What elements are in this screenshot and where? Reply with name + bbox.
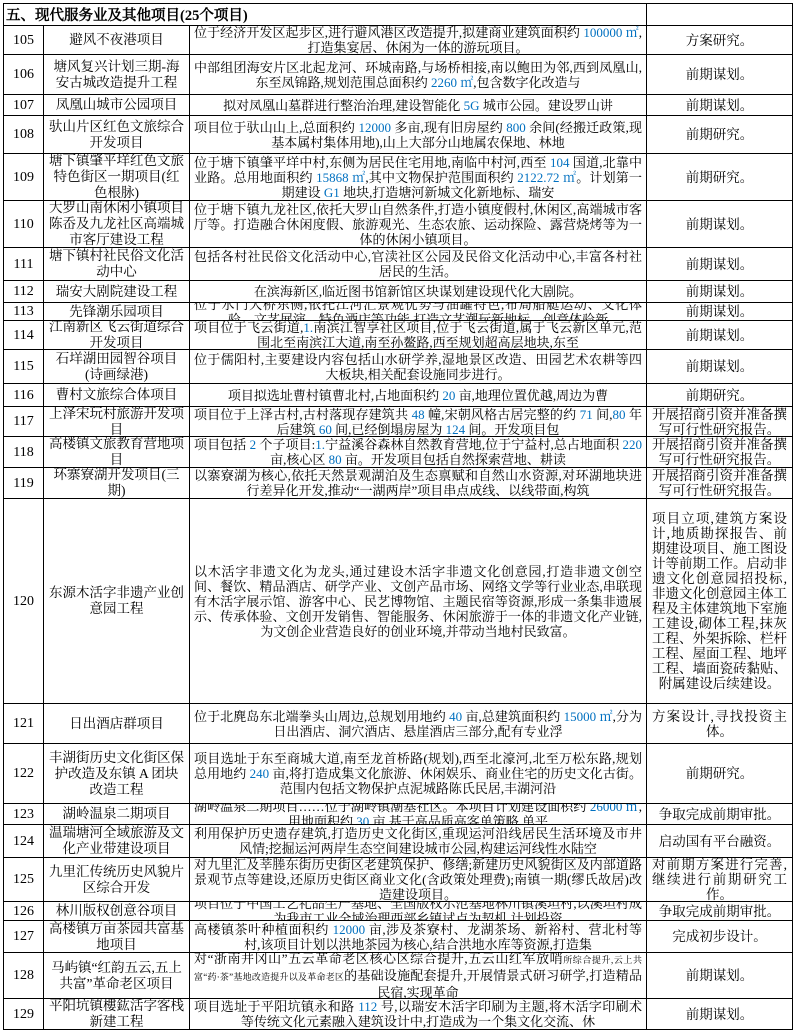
project-name: 江南新区飞云街道综合开发项目 <box>44 321 190 350</box>
project-description-text: 位于水门大桥东侧,依托江河汇景观优势与油罐特色,布局船艇运动、文化体验、文艺展演… <box>190 303 646 320</box>
project-description-clip: 以寨寮湖为核心,依托天然景观湖泊及生态禀赋和自然山水资源,对环湖地块进行差异化开… <box>190 468 646 498</box>
table-row: 123湖岭温泉二期项目湖岭温泉二期项目……位于湖岭镇潮基社区。本项目计划建设面积… <box>4 804 793 825</box>
project-status-clip: 前期研究。 <box>647 154 792 200</box>
project-name-clip: 避风不夜港项目 <box>44 26 189 54</box>
project-description-text: 项目包括 2 个子项目:1.宁益溪谷森林自然教育营地,位于宁益村,总占地面积 2… <box>190 437 646 467</box>
project-number: 118 <box>4 437 44 468</box>
project-status-clip: 方案设计,寻找投资主体。 <box>647 704 792 743</box>
project-description-smallprint: 所综合提升,云上共富“药·茶”基地改造提升以及革命老区 <box>194 955 642 982</box>
project-description-text: 对九里汇及莘塍东街历史街区老建筑保护、修缮;新建历史风貌街区及内部道路景观节点等… <box>190 858 646 901</box>
project-status-text: 开展招商引资并准备撰写可行性研究报告。 <box>647 407 792 436</box>
table-row: 112瑞安大剧院建设工程在滨海新区,临近图书馆新馆区块谋划建设现代化大剧院。前期… <box>4 281 793 303</box>
project-number-text: 121 <box>4 716 43 731</box>
project-description: 项目选址于东至商城大道,南至龙首桥路(规划),西至北濠河,北至万松东路,规划总用… <box>190 744 647 804</box>
table-body: 105避风不夜港项目位于经济开发区起步区,进行避风港区改造提升,拟建商业建筑面积… <box>4 26 793 1030</box>
project-status: 前期谋划。 <box>647 999 793 1030</box>
section-title: 五、现代服务业及其他项目(25个项目) <box>4 4 647 26</box>
project-name-text: 平阳坑镇樓鈜活字客栈新建工程 <box>44 999 189 1029</box>
project-name-clip: 高楼镇万亩茶园共富基地项目 <box>44 921 189 952</box>
project-description: 位于塘下镇肇平垟中村,东侧为居民住宅用地,南临中村河,西至 104 国道,北靠中… <box>190 154 647 201</box>
project-description: 包括各村社民俗文化活动中心,官渎社区公园及民俗文化活动中心,丰富各村社居民的生活… <box>190 248 647 281</box>
project-status: 前期谋划。 <box>647 95 793 116</box>
project-name-text: 丰湖街历史文化街区保护改造及东镇 A 团块改造工程 <box>44 750 189 798</box>
project-name-text: 环寨寮湖开发项目(三期) <box>44 468 189 498</box>
table-row: 125九里汇传统历史风貌片区综合开发对九里汇及莘塍东街历史街区老建筑保护、修缮;… <box>4 858 793 902</box>
table-row: 122丰湖街历史文化街区保护改造及东镇 A 团块改造工程项目选址于东至商城大道,… <box>4 744 793 804</box>
project-number: 108 <box>4 116 44 154</box>
project-name: 高楼镇文旅教育营地项目 <box>44 437 190 468</box>
project-number-text: 124 <box>4 834 43 849</box>
project-status-text: 前期谋划。 <box>647 359 792 374</box>
project-description-clip: 位于水门大桥东侧,依托江河汇景观优势与油罐特色,布局船艇运动、文化体验、文艺展演… <box>190 303 646 320</box>
project-description: 以木活字非遗文化为龙头,通过建设木活字非遗文化创意园,打造非遗文创空间、餐饮、精… <box>190 499 647 704</box>
project-status: 前期谋划。 <box>647 201 793 248</box>
project-description: 以寨寮湖为核心,依托天然景观湖泊及生态禀赋和自然山水资源,对环湖地块进行差异化开… <box>190 468 647 499</box>
project-number-text: 118 <box>4 445 43 460</box>
section-header-empty-cell <box>647 4 793 26</box>
project-number-clip: 114 <box>4 321 43 349</box>
project-status-clip: 对前期方案进行完善,继续进行前期研究工作。 <box>647 858 792 901</box>
project-status: 前期研究。 <box>647 384 793 407</box>
project-description-text: 中部组团海安片区北起龙河、环城南路,与场桥相接,南以鲍田为邻,西到凤凰山,东至凤… <box>190 60 646 90</box>
project-status: 开展招商引资并准备撰写可行性研究报告。 <box>647 407 793 437</box>
project-number: 105 <box>4 26 44 55</box>
project-name-text: 石垟湖田园智谷项目(诗画绿港) <box>44 351 189 383</box>
project-name-text: 日出酒店群项目 <box>44 716 189 732</box>
project-number-text: 110 <box>4 217 43 232</box>
project-description-text: 项目拟选址曹村镇曹北村,占地面积约 20 亩,地理位置优越,周边为曹 <box>190 388 646 403</box>
project-number-text: 105 <box>4 33 43 48</box>
project-description-text: 位于经济开发区起步区,进行避风港区改造提升,拟建商业建筑面积约 100000 ㎡… <box>190 26 646 54</box>
project-name-text: 塘下镇村社民俗文化活动中心 <box>44 248 189 280</box>
project-name: 先锋潮乐园项目 <box>44 303 190 321</box>
project-name-text: 塘下镇肇平垟红色文旅特色街区一期项目(红色根脉) <box>44 154 189 200</box>
project-number: 114 <box>4 321 44 350</box>
project-description-clip: 中部组团海安片区北起龙河、环城南路,与场桥相接,南以鲍田为邻,西到凤凰山,东至凤… <box>190 55 646 94</box>
project-description: 湖岭温泉二期项目……位于湖岭镇潮基社区。本项目计划建设面积约 26000 ㎡,用… <box>190 804 647 825</box>
project-description: 利用保护历史遗存建筑,打造历史文化街区,重现运河沿线居民生活环境及市井风情;挖掘… <box>190 825 647 858</box>
project-number-clip: 113 <box>4 303 43 320</box>
project-number: 128 <box>4 953 44 999</box>
project-name-clip: 东源木活字非遗产业创意园工程 <box>44 499 189 703</box>
project-number: 119 <box>4 468 44 499</box>
project-name-text: 林川版权创意谷项目 <box>44 903 189 919</box>
project-number: 129 <box>4 999 44 1030</box>
project-description-clip: 在滨海新区,临近图书馆新馆区块谋划建设现代化大剧院。 <box>190 281 646 302</box>
project-number-clip: 115 <box>4 350 43 383</box>
project-status-clip: 争取完成前期审批。 <box>647 804 792 824</box>
project-name-text: 上泽宋玩村旅游开发项目 <box>44 407 189 436</box>
project-number-clip: 110 <box>4 201 43 247</box>
project-description-clip: 对九里汇及莘塍东街历史街区老建筑保护、修缮;新建历史风貌街区及内部道路景观节点等… <box>190 858 646 901</box>
project-status: 前期谋划。 <box>647 55 793 95</box>
project-name-clip: 湖岭温泉二期项目 <box>44 804 189 824</box>
project-status: 开展招商引资并准备撰写可行性研究报告。 <box>647 437 793 468</box>
project-number: 123 <box>4 804 44 825</box>
project-name-text: 曹村文旅综合体项目 <box>44 387 189 403</box>
project-description-text: 位于儒阳村,主要建设内容包括山水研学养,湿地景区改造、田园艺术农耕等四大板块,相… <box>190 352 646 382</box>
project-status: 对前期方案进行完善,继续进行前期研究工作。 <box>647 858 793 902</box>
project-name: 曹村文旅综合体项目 <box>44 384 190 407</box>
project-number-clip: 118 <box>4 437 43 467</box>
project-status: 前期研究。 <box>647 116 793 154</box>
table-row: 119环寨寮湖开发项目(三期)以寨寮湖为核心,依托天然景观湖泊及生态禀赋和自然山… <box>4 468 793 499</box>
table-row: 126林川版权创意谷项目项目位于中国工艺礼品生产基地、全国版权示范基地林川镇溪坦… <box>4 902 793 921</box>
project-number: 113 <box>4 303 44 321</box>
project-number: 122 <box>4 744 44 804</box>
project-description-clip: 包括各村社民俗文化活动中心,官渎社区公园及民俗文化活动中心,丰富各村社居民的生活… <box>190 248 646 280</box>
table-row: 115石垟湖田园智谷项目(诗画绿港)位于儒阳村,主要建设内容包括山水研学养,湿地… <box>4 350 793 384</box>
project-status: 启动国有平台融资。 <box>647 825 793 858</box>
project-name-clip: 平阳坑镇樓鈜活字客栈新建工程 <box>44 999 189 1029</box>
project-name-text: 先锋潮乐园项目 <box>44 304 189 320</box>
project-number: 127 <box>4 921 44 953</box>
project-description-text: 项目位于飞云街道,1.南滨江智享社区项目,位于飞云街道,属于飞云新区单元,范围北… <box>190 321 646 349</box>
project-status-text: 前期谋划。 <box>647 67 792 82</box>
project-name-text: 瑞安大剧院建设工程 <box>44 284 189 300</box>
project-status-clip: 完成初步设计。 <box>647 921 792 952</box>
project-name-text: 高楼镇文旅教育营地项目 <box>44 437 189 467</box>
project-status-text: 前期谋划。 <box>647 1007 792 1022</box>
project-number-text: 117 <box>4 414 43 429</box>
table-row: 118高楼镇文旅教育营地项目项目包括 2 个子项目:1.宁益溪谷森林自然教育营地… <box>4 437 793 468</box>
project-status-text: 前期研究。 <box>647 127 792 142</box>
table-row: 105避风不夜港项目位于经济开发区起步区,进行避风港区改造提升,拟建商业建筑面积… <box>4 26 793 55</box>
project-status-text: 前期研究。 <box>647 388 792 403</box>
project-status: 项目立项,建筑方案设计,地质勘探报告、前期建设项目、施工图设计等前期工作。启动非… <box>647 499 793 704</box>
project-name-clip: 先锋潮乐园项目 <box>44 303 189 320</box>
projects-table: 五、现代服务业及其他项目(25个项目) 105避风不夜港项目位于经济开发区起步区… <box>3 3 793 1030</box>
project-name-text: 九里汇传统历史风貌片区综合开发 <box>44 864 189 896</box>
project-number-text: 107 <box>4 98 43 113</box>
project-description-text: 利用保护历史遗存建筑,打造历史文化街区,重现运河沿线居民生活环境及市井风情;挖掘… <box>190 826 646 856</box>
project-number-text: 120 <box>4 594 43 609</box>
project-number-text: 116 <box>4 388 43 403</box>
table-row: 124温瑞塘河全域旅游及文化产业带建设项目利用保护历史遗存建筑,打造历史文化街区… <box>4 825 793 858</box>
project-number-text: 127 <box>4 929 43 944</box>
project-status: 争取完成前期审批。 <box>647 804 793 825</box>
project-number-clip: 129 <box>4 999 43 1029</box>
project-status-clip: 方案研究。 <box>647 26 792 54</box>
project-name: 丰湖街历史文化街区保护改造及东镇 A 团块改造工程 <box>44 744 190 804</box>
table-row: 106塘风复兴计划三期-海安古城改造提升工程中部组团海安片区北起龙河、环城南路,… <box>4 55 793 95</box>
project-name: 马屿镇“红韵五云,五上共富”革命老区项目 <box>44 953 190 999</box>
project-name: 温瑞塘河全域旅游及文化产业带建设项目 <box>44 825 190 858</box>
project-status: 方案研究。 <box>647 26 793 55</box>
project-description-text: 项目位于驮山山上,总面积约 12000 多亩,现有旧房屋约 800 余间(经搬迁… <box>190 120 646 150</box>
project-description: 项目位于上泽古村,古村落现存建筑共 48 幢,宋朝风格古居完整的约 71 间,8… <box>190 407 647 437</box>
project-number-clip: 127 <box>4 921 43 952</box>
project-name-clip: 上泽宋玩村旅游开发项目 <box>44 407 189 436</box>
project-number-clip: 116 <box>4 384 43 406</box>
project-description: 中部组团海安片区北起龙河、环城南路,与场桥相接,南以鲍田为邻,西到凤凰山,东至凤… <box>190 55 647 95</box>
project-name-clip: 塘风复兴计划三期-海安古城改造提升工程 <box>44 55 189 94</box>
project-status-text: 方案设计,寻找投资主体。 <box>647 709 792 739</box>
project-number: 126 <box>4 902 44 921</box>
project-number-clip: 122 <box>4 744 43 803</box>
project-description-clip: 项目位于中国工艺礼品生产基地、全国版权示范基地林川镇溪坦村,以溪坦村成为我市工业… <box>190 902 646 920</box>
project-status-clip: 开展招商引资并准备撰写可行性研究报告。 <box>647 437 792 467</box>
project-status-text: 前期谋划。 <box>647 968 792 983</box>
project-description: 在滨海新区,临近图书馆新馆区块谋划建设现代化大剧院。 <box>190 281 647 303</box>
project-number-clip: 120 <box>4 499 43 703</box>
project-number-text: 119 <box>4 476 43 491</box>
project-number-text: 114 <box>4 328 43 343</box>
project-name: 驮山片区红色文旅综合开发项目 <box>44 116 190 154</box>
project-number: 106 <box>4 55 44 95</box>
project-name-text: 避风不夜港项目 <box>44 32 189 48</box>
project-name-text: 马屿镇“红韵五云,五上共富”革命老区项目 <box>44 960 189 992</box>
project-name-clip: 温瑞塘河全域旅游及文化产业带建设项目 <box>44 825 189 857</box>
project-status-clip: 前期谋划。 <box>647 281 792 302</box>
project-description: 项目位于中国工艺礼品生产基地、全国版权示范基地林川镇溪坦村,以溪坦村成为我市工业… <box>190 902 647 921</box>
project-status-clip: 前期研究。 <box>647 744 792 803</box>
project-status-clip: 前期研究。 <box>647 116 792 153</box>
project-status-clip: 项目立项,建筑方案设计,地质勘探报告、前期建设项目、施工图设计等前期工作。启动非… <box>647 499 792 703</box>
project-name: 塘下镇肇平垟红色文旅特色街区一期项目(红色根脉) <box>44 154 190 201</box>
project-name-clip: 大罗山南休闲小镇项目陈岙及九龙社区高端城市客厅建设工程 <box>44 201 189 247</box>
project-description-clip: 以木活字非遗文化为龙头,通过建设木活字非遗文化创意园,打造非遗文创空间、餐饮、精… <box>190 499 646 703</box>
project-description: 项目位于飞云街道,1.南滨江智享社区项目,位于飞云街道,属于飞云新区单元,范围北… <box>190 321 647 350</box>
project-description-text: 以木活字非遗文化为龙头,通过建设木活字非遗文化创意园,打造非遗文创空间、餐饮、精… <box>190 564 646 639</box>
project-name: 凤凰山城市公园项目 <box>44 95 190 116</box>
table-row: 117上泽宋玩村旅游开发项目项目位于上泽古村,古村落现存建筑共 48 幢,宋朝风… <box>4 407 793 437</box>
project-name-clip: 瑞安大剧院建设工程 <box>44 281 189 302</box>
project-status-clip: 前期研究。 <box>647 384 792 406</box>
project-status: 前期谋划。 <box>647 350 793 384</box>
project-number-clip: 105 <box>4 26 43 54</box>
project-status-clip: 前期谋划。 <box>647 95 792 115</box>
project-status-text: 前期研究。 <box>647 766 792 781</box>
project-name: 环寨寮湖开发项目(三期) <box>44 468 190 499</box>
project-status-clip: 前期谋划。 <box>647 248 792 280</box>
project-status-clip: 启动国有平台融资。 <box>647 825 792 857</box>
project-name: 石垟湖田园智谷项目(诗画绿港) <box>44 350 190 384</box>
project-name-text: 塘风复兴计划三期-海安古城改造提升工程 <box>44 59 189 91</box>
project-description-clip: 对“浙南井冈山”五云革命老区核心区综合提升,五云山红军放哨所综合提升,云上共富“… <box>190 953 646 998</box>
project-name: 高楼镇万亩茶园共富基地项目 <box>44 921 190 953</box>
project-number-text: 122 <box>4 766 43 781</box>
project-description-clip: 利用保护历史遗存建筑,打造历史文化街区,重现运河沿线居民生活环境及市井风情;挖掘… <box>190 825 646 857</box>
project-status-text: 前期谋划。 <box>647 217 792 232</box>
table-row: 116曹村文旅综合体项目项目拟选址曹村镇曹北村,占地面积约 20 亩,地理位置优… <box>4 384 793 407</box>
project-description-clip: 项目选址于平阳坑镇永和路 112 号,以瑞安木活字印刷为主题,将木活字印刷术等传… <box>190 999 646 1029</box>
project-name: 上泽宋玩村旅游开发项目 <box>44 407 190 437</box>
project-name: 东源木活字非遗产业创意园工程 <box>44 499 190 704</box>
project-description: 对“浙南井冈山”五云革命老区核心区综合提升,五云山红军放哨所综合提升,云上共富“… <box>190 953 647 999</box>
project-number-clip: 111 <box>4 248 43 280</box>
table-row: 113先锋潮乐园项目位于水门大桥东侧,依托江河汇景观优势与油罐特色,布局船艇运动… <box>4 303 793 321</box>
table-row: 120东源木活字非遗产业创意园工程以木活字非遗文化为龙头,通过建设木活字非遗文化… <box>4 499 793 704</box>
project-description-clip: 位于塘下镇九龙社区,依托大罗山自然条件,打造小镇度假村,休闲区,高端城市客厅等。… <box>190 201 646 247</box>
project-name-text: 高楼镇万亩茶园共富基地项目 <box>44 921 189 952</box>
project-number-clip: 108 <box>4 116 43 153</box>
table-row: 121日出酒店群项目位于北麂岛东北端拳头山周边,总规划用地约 40 亩,总建筑面… <box>4 704 793 744</box>
project-number-text: 125 <box>4 872 43 887</box>
project-description-text: 高楼镇茶叶种植面积约 12000 亩,涉及茶寮村、龙湖茶场、新裕村、营北村等村,… <box>190 922 646 952</box>
project-number-text: 128 <box>4 968 43 983</box>
table-row: 109塘下镇肇平垟红色文旅特色街区一期项目(红色根脉)位于塘下镇肇平垟中村,东侧… <box>4 154 793 201</box>
project-status: 开展招商引资并准备撰写可行性研究报告。 <box>647 468 793 499</box>
project-status: 前期研究。 <box>647 154 793 201</box>
project-number-text: 123 <box>4 807 43 822</box>
project-status-clip: 前期谋划。 <box>647 321 792 349</box>
project-description-clip: 高楼镇茶叶种植面积约 12000 亩,涉及茶寮村、龙湖茶场、新裕村、营北村等村,… <box>190 921 646 952</box>
project-name-clip: 日出酒店群项目 <box>44 704 189 743</box>
project-description-clip: 位于儒阳村,主要建设内容包括山水研学养,湿地景区改造、田园艺术农耕等四大板块,相… <box>190 350 646 383</box>
project-status-clip: 开展招商引资并准备撰写可行性研究报告。 <box>647 407 792 436</box>
project-status-text: 方案研究。 <box>647 33 792 48</box>
project-description-clip: 项目包括 2 个子项目:1.宁益溪谷森林自然教育营地,位于宁益村,总占地面积 2… <box>190 437 646 467</box>
project-status-text: 对前期方案进行完善,继续进行前期研究工作。 <box>647 858 792 901</box>
project-status-text: 前期研究。 <box>647 170 792 185</box>
project-status-text: 前期谋划。 <box>647 304 792 319</box>
project-number: 111 <box>4 248 44 281</box>
project-description: 项目位于驮山山上,总面积约 12000 多亩,现有旧房屋约 800 余间(经搬迁… <box>190 116 647 154</box>
table-row: 127高楼镇万亩茶园共富基地项目高楼镇茶叶种植面积约 12000 亩,涉及茶寮村… <box>4 921 793 953</box>
project-name-clip: 江南新区飞云街道综合开发项目 <box>44 321 189 349</box>
table-row: 129平阳坑镇樓鈜活字客栈新建工程项目选址于平阳坑镇永和路 112 号,以瑞安木… <box>4 999 793 1030</box>
project-description-clip: 湖岭温泉二期项目……位于湖岭镇潮基社区。本项目计划建设面积约 26000 ㎡,用… <box>190 804 646 824</box>
project-name: 湖岭温泉二期项目 <box>44 804 190 825</box>
project-number: 115 <box>4 350 44 384</box>
project-status-text: 开展招商引资并准备撰写可行性研究报告。 <box>647 437 792 467</box>
project-name-text: 驮山片区红色文旅综合开发项目 <box>44 119 189 151</box>
project-description: 对九里汇及莘塍东街历史街区老建筑保护、修缮;新建历史风貌街区及内部道路景观节点等… <box>190 858 647 902</box>
project-name-clip: 高楼镇文旅教育营地项目 <box>44 437 189 467</box>
project-status: 前期谋划。 <box>647 248 793 281</box>
project-number-clip: 126 <box>4 902 43 920</box>
project-number: 109 <box>4 154 44 201</box>
project-status-text: 开展招商引资并准备撰写可行性研究报告。 <box>647 468 792 498</box>
table-row: 107凤凰山城市公园项目拟对凤凰山墓群进行整治治理,建设智能化 5G 城市公园。… <box>4 95 793 116</box>
project-number-text: 126 <box>4 904 43 919</box>
project-status-text: 项目立项,建筑方案设计,地质勘探报告、前期建设项目、施工图设计等前期工作。启动非… <box>647 511 792 691</box>
project-description-clip: 项目拟选址曹村镇曹北村,占地面积约 20 亩,地理位置优越,周边为曹 <box>190 384 646 406</box>
project-number-clip: 119 <box>4 468 43 498</box>
project-number-clip: 107 <box>4 95 43 115</box>
project-status: 争取完成前期审批。 <box>647 902 793 921</box>
project-description-text: 项目位于上泽古村,古村落现存建筑共 48 幢,宋朝风格古居完整的约 71 间,8… <box>190 407 646 436</box>
project-number-text: 106 <box>4 67 43 82</box>
project-name: 日出酒店群项目 <box>44 704 190 744</box>
project-description: 拟对凤凰山墓群进行整治治理,建设智能化 5G 城市公园。建设罗山讲 <box>190 95 647 116</box>
project-description-text: 对“浙南井冈山”五云革命老区核心区综合提升,五云山红军放哨所综合提升,云上共富“… <box>190 953 646 998</box>
project-number: 125 <box>4 858 44 902</box>
project-description-text: 以寨寮湖为核心,依托天然景观湖泊及生态禀赋和自然山水资源,对环湖地块进行差异化开… <box>190 468 646 498</box>
project-status: 前期谋划。 <box>647 303 793 321</box>
project-status-text: 争取完成前期审批。 <box>647 904 792 919</box>
project-description-clip: 项目位于驮山山上,总面积约 12000 多亩,现有旧房屋约 800 余间(经搬迁… <box>190 116 646 153</box>
project-description-text: 位于塘下镇肇平垟中村,东侧为居民住宅用地,南临中村河,西至 104 国道,北靠中… <box>190 155 646 200</box>
project-number: 121 <box>4 704 44 744</box>
project-name: 瑞安大剧院建设工程 <box>44 281 190 303</box>
project-description-clip: 项目位于飞云街道,1.南滨江智享社区项目,位于飞云街道,属于飞云新区单元,范围北… <box>190 321 646 349</box>
project-status: 方案设计,寻找投资主体。 <box>647 704 793 744</box>
project-status-text: 前期谋划。 <box>647 284 792 299</box>
project-name-text: 大罗山南休闲小镇项目陈岙及九龙社区高端城市客厅建设工程 <box>44 201 189 247</box>
project-name: 塘风复兴计划三期-海安古城改造提升工程 <box>44 55 190 95</box>
project-description-text: 位于塘下镇九龙社区,依托大罗山自然条件,打造小镇度假村,休闲区,高端城市客厅等。… <box>190 202 646 247</box>
table-row: 111塘下镇村社民俗文化活动中心包括各村社民俗文化活动中心,官渎社区公园及民俗文… <box>4 248 793 281</box>
project-number-text: 111 <box>4 257 43 272</box>
project-description-text: 项目位于中国工艺礼品生产基地、全国版权示范基地林川镇溪坦村,以溪坦村成为我市工业… <box>190 902 646 920</box>
project-number-text: 115 <box>4 359 43 374</box>
project-name-clip: 凤凰山城市公园项目 <box>44 95 189 115</box>
project-status-text: 启动国有平台融资。 <box>647 834 792 849</box>
project-description-text: 拟对凤凰山墓群进行整治治理,建设智能化 5G 城市公园。建设罗山讲 <box>190 98 646 113</box>
project-status: 前期研究。 <box>647 744 793 804</box>
project-description: 项目拟选址曹村镇曹北村,占地面积约 20 亩,地理位置优越,周边为曹 <box>190 384 647 407</box>
project-name-clip: 塘下镇村社民俗文化活动中心 <box>44 248 189 280</box>
project-number: 110 <box>4 201 44 248</box>
project-number: 116 <box>4 384 44 407</box>
project-number-clip: 106 <box>4 55 43 94</box>
project-number: 107 <box>4 95 44 116</box>
project-description-clip: 位于塘下镇肇平垟中村,东侧为居民住宅用地,南临中村河,西至 104 国道,北靠中… <box>190 154 646 200</box>
project-description: 项目选址于平阳坑镇永和路 112 号,以瑞安木活字印刷为主题,将木活字印刷术等传… <box>190 999 647 1030</box>
project-description-text: 项目选址于东至商城大道,南至龙首桥路(规划),西至北濠河,北至万松东路,规划总用… <box>190 751 646 796</box>
project-description: 项目包括 2 个子项目:1.宁益溪谷森林自然教育营地,位于宁益村,总占地面积 2… <box>190 437 647 468</box>
project-name: 林川版权创意谷项目 <box>44 902 190 921</box>
table-row: 128马屿镇“红韵五云,五上共富”革命老区项目对“浙南井冈山”五云革命老区核心区… <box>4 953 793 999</box>
project-status-clip: 前期谋划。 <box>647 953 792 998</box>
table-row: 110大罗山南休闲小镇项目陈岙及九龙社区高端城市客厅建设工程位于塘下镇九龙社区,… <box>4 201 793 248</box>
project-description-text: 在滨海新区,临近图书馆新馆区块谋划建设现代化大剧院。 <box>190 284 646 299</box>
project-status-clip: 开展招商引资并准备撰写可行性研究报告。 <box>647 468 792 498</box>
project-name-clip: 塘下镇肇平垟红色文旅特色街区一期项目(红色根脉) <box>44 154 189 200</box>
project-name-clip: 马屿镇“红韵五云,五上共富”革命老区项目 <box>44 953 189 998</box>
project-name: 平阳坑镇樓鈜活字客栈新建工程 <box>44 999 190 1030</box>
project-status: 前期谋划。 <box>647 321 793 350</box>
project-name-clip: 九里汇传统历史风貌片区综合开发 <box>44 858 189 901</box>
project-number-clip: 117 <box>4 407 43 436</box>
project-name-clip: 石垟湖田园智谷项目(诗画绿港) <box>44 350 189 383</box>
project-number-clip: 125 <box>4 858 43 901</box>
project-number-clip: 121 <box>4 704 43 743</box>
project-name-clip: 林川版权创意谷项目 <box>44 902 189 920</box>
project-status-text: 前期谋划。 <box>647 257 792 272</box>
project-number-clip: 128 <box>4 953 43 998</box>
project-number-text: 113 <box>4 304 43 319</box>
project-name-clip: 驮山片区红色文旅综合开发项目 <box>44 116 189 153</box>
project-description-clip: 项目选址于东至商城大道,南至龙首桥路(规划),西至北濠河,北至万松东路,规划总用… <box>190 744 646 803</box>
project-name-text: 湖岭温泉二期项目 <box>44 806 189 822</box>
project-number-clip: 124 <box>4 825 43 857</box>
project-status-clip: 前期谋划。 <box>647 350 792 383</box>
project-number: 124 <box>4 825 44 858</box>
project-number: 120 <box>4 499 44 704</box>
project-status-text: 完成初步设计。 <box>647 929 792 944</box>
project-name-clip: 曹村文旅综合体项目 <box>44 384 189 406</box>
project-description: 位于儒阳村,主要建设内容包括山水研学养,湿地景区改造、田园艺术农耕等四大板块,相… <box>190 350 647 384</box>
project-status-text: 争取完成前期审批。 <box>647 807 792 822</box>
project-name: 避风不夜港项目 <box>44 26 190 55</box>
project-description-text: 湖岭温泉二期项目……位于湖岭镇潮基社区。本项目计划建设面积约 26000 ㎡,用… <box>190 804 646 824</box>
project-status-clip: 前期谋划。 <box>647 303 792 320</box>
table-row: 108驮山片区红色文旅综合开发项目项目位于驮山山上,总面积约 12000 多亩,… <box>4 116 793 154</box>
project-name-clip: 丰湖街历史文化街区保护改造及东镇 A 团块改造工程 <box>44 744 189 803</box>
section-header-row: 五、现代服务业及其他项目(25个项目) <box>4 4 793 26</box>
project-status: 完成初步设计。 <box>647 921 793 953</box>
project-name-text: 东源木活字非遗产业创意园工程 <box>44 585 189 617</box>
project-status-clip: 争取完成前期审批。 <box>647 902 792 920</box>
project-name-text: 温瑞塘河全域旅游及文化产业带建设项目 <box>44 825 189 857</box>
project-number: 112 <box>4 281 44 303</box>
project-status: 前期谋划。 <box>647 281 793 303</box>
project-name-text: 凤凰山城市公园项目 <box>44 97 189 113</box>
project-number-text: 112 <box>4 284 43 299</box>
